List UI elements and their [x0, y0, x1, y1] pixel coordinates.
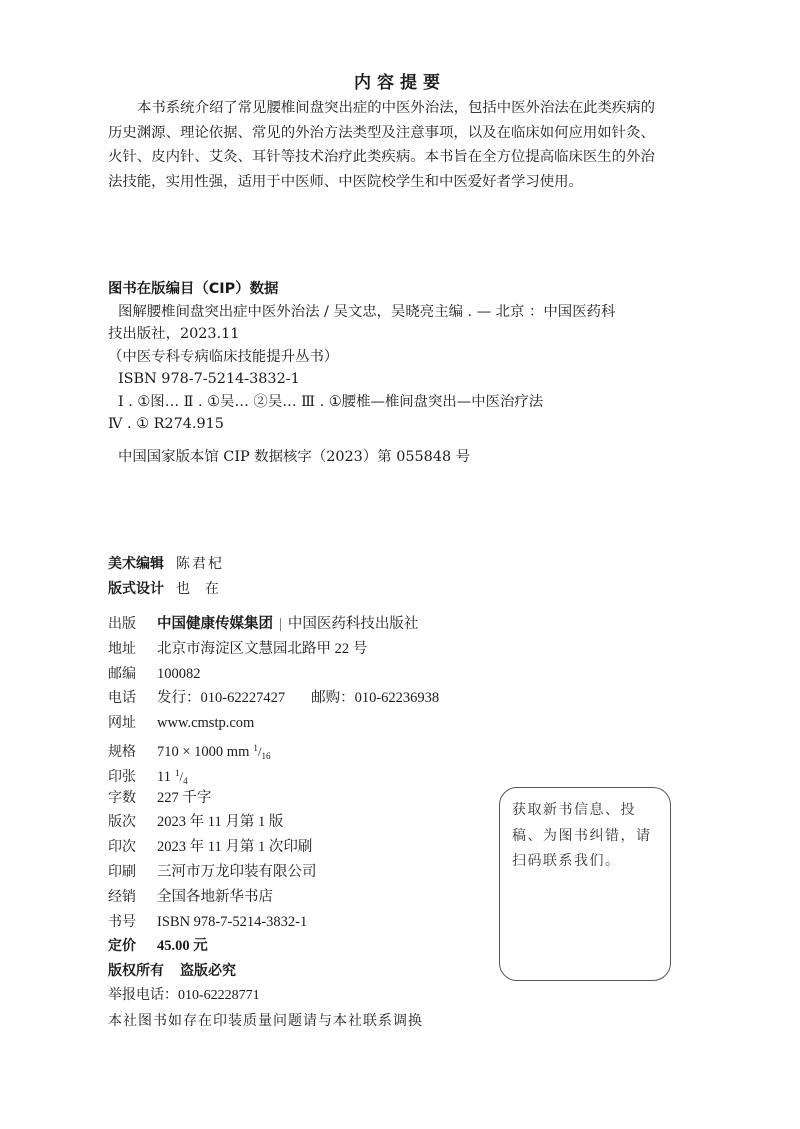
phone-mail-order: 邮购：010-62236938 — [311, 690, 439, 706]
imprint-book-number: 书号 ISBN 978-7-5214-3832-1 — [108, 910, 439, 935]
credit-art-editor: 美术编辑 陈君杞 — [108, 552, 224, 577]
abstract-line: 本书系统介绍了常见腰椎间盘突出症的中医外治法，包括中医外治法在此类疾病的 — [108, 96, 688, 121]
credit-value: 陈君杞 — [176, 552, 224, 577]
imprint-price: 定价 45.00 元 — [108, 934, 439, 959]
imprint-distributor: 经销 全国各地新华书店 — [108, 885, 439, 910]
credit-label: 版式设计 — [108, 577, 176, 602]
cip-line: （中医专科专病临床技能提升丛书） — [108, 346, 615, 369]
cip-verification: 中国国家版本馆 CIP 数据核字（2023）第 055848 号 — [108, 446, 615, 469]
imprint-publisher: 出版 中国健康传媒集团|中国医药科技出版社 — [108, 612, 439, 637]
cip-line: 图解腰椎间盘突出症中医外治法 / 吴文忠，吴晓亮主编 . — 北京 ：中国医药科 — [108, 301, 615, 324]
abstract-title: 内容提要 — [0, 68, 800, 93]
imprint-word-count: 字数 227 千字 — [108, 786, 439, 811]
credit-layout-design: 版式设计 也 在 — [108, 577, 224, 602]
imprint-printer: 印刷 三河市万龙印装有限公司 — [108, 860, 439, 885]
quality-notice: 本社图书如存在印装质量问题请与本社联系调换 — [108, 1009, 439, 1034]
publisher-press: 中国医药科技出版社 — [288, 616, 419, 632]
imprint-block: 出版 中国健康传媒集团|中国医药科技出版社 地址 北京市海淀区文慧园北路甲 22… — [108, 612, 439, 1034]
cip-data-block: 图书在版编目（CIP）数据 图解腰椎间盘突出症中医外治法 / 吴文忠，吴晓亮主编… — [108, 278, 615, 468]
website-link[interactable]: www.cmstp.com — [157, 711, 254, 736]
imprint-address: 地址 北京市海淀区文慧园北路甲 22 号 — [108, 637, 439, 662]
imprint-website: 网址 www.cmstp.com — [108, 711, 439, 736]
imprint-postcode: 邮编 100082 — [108, 662, 439, 687]
imprint-printing: 印次 2023 年 11 月第 1 次印刷 — [108, 835, 439, 860]
imprint-format: 规格 710 × 1000 mm1/16 — [108, 736, 439, 761]
copyright-notice: 版权所有盗版必究 — [108, 959, 439, 984]
cip-line: 技出版社，2023.11 — [108, 323, 615, 346]
imprint-phone: 电话 发行：010-62227427邮购：010-62236938 — [108, 686, 439, 711]
phone-issue: 发行：010-62227427 — [157, 690, 285, 706]
abstract-line: 历史渊源、理论依据、常见的外治方法类型及注意事项，以及在临床如何应用如针灸、 — [108, 121, 688, 146]
abstract-line: 火针、皮内针、艾灸、耳针等技术治疗此类疾病。本书旨在全方位提高临床医生的外治 — [108, 145, 688, 170]
cip-classification: Ⅰ . ①图… Ⅱ . ①吴… ②吴… Ⅲ . ①腰椎—椎间盘突出—中医治疗法 — [108, 391, 615, 414]
cip-isbn: ISBN 978-7-5214-3832-1 — [108, 368, 615, 391]
abstract-line: 法技能，实用性强，适用于中医师、中医院校学生和中医爱好者学习使用。 — [108, 170, 688, 195]
imprint-edition: 版次 2023 年 11 月第 1 版 — [108, 810, 439, 835]
credit-label: 美术编辑 — [108, 552, 176, 577]
credits-block: 美术编辑 陈君杞 版式设计 也 在 — [108, 552, 224, 602]
abstract-body: 本书系统介绍了常见腰椎间盘突出症的中医外治法，包括中医外治法在此类疾病的 历史渊… — [108, 96, 688, 194]
credit-value: 也 在 — [176, 577, 221, 602]
report-phone: 举报电话：010-62228771 — [108, 984, 439, 1009]
cip-classification-number: Ⅳ . ① R274.915 — [108, 413, 615, 436]
imprint-sheets: 印张 111/4 — [108, 761, 439, 786]
qr-code-box: 获取新书信息、投稿、为图书纠错，请扫码联系我们。 — [499, 787, 671, 981]
cip-title: 图书在版编目（CIP）数据 — [108, 278, 615, 301]
publisher-group: 中国健康传媒集团 — [157, 616, 273, 632]
